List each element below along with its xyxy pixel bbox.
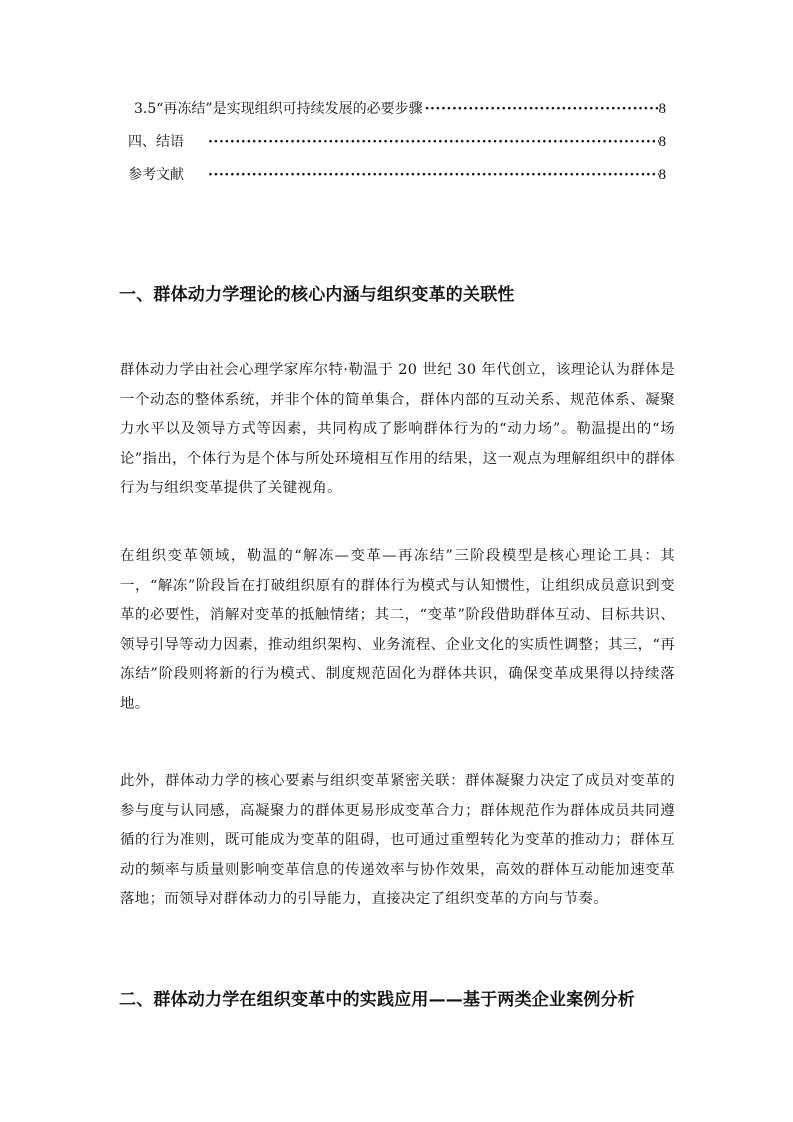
body-paragraph: 在组织变革领域，勒温的“解冻—变革—再冻结”三阶段模型是核心理论工具：其一，“解…	[120, 542, 675, 719]
toc-entry[interactable]: 3.5“再冻结”是实现组织可持续发展的必要步骤 8	[134, 98, 666, 120]
toc-entry-title: 3.5“再冻结”是实现组织可持续发展的必要步骤	[134, 98, 423, 120]
section-heading: 二、群体动力学在组织变革中的实践应用——基于两类企业案例分析	[119, 988, 635, 1012]
toc-entry[interactable]: 四、结语 8	[128, 131, 666, 153]
section-heading: 一、群体动力学理论的核心内涵与组织变革的关联性	[119, 283, 515, 307]
document-page: 3.5“再冻结”是实现组织可持续发展的必要步骤 8 四、结语 8 参考文献 8 …	[0, 0, 793, 1122]
body-paragraph: 群体动力学由社会心理学家库尔特·勒温于 20 世纪 30 年代创立，该理论认为群…	[120, 356, 675, 504]
toc-entry[interactable]: 参考文献 8	[128, 164, 666, 186]
toc-dot-leader	[208, 164, 659, 186]
body-paragraph: 此外，群体动力学的核心要素与组织变革紧密关联：群体凝聚力决定了成员对变革的参与度…	[120, 767, 675, 915]
toc-dot-leader	[425, 98, 659, 120]
toc-entry-title: 参考文献	[128, 164, 184, 186]
toc-entry-title: 四、结语	[128, 131, 184, 153]
toc-entry-page: 8	[659, 131, 667, 153]
toc-entry-page: 8	[659, 98, 667, 120]
toc-entry-page: 8	[659, 164, 667, 186]
toc-dot-leader	[208, 131, 659, 153]
